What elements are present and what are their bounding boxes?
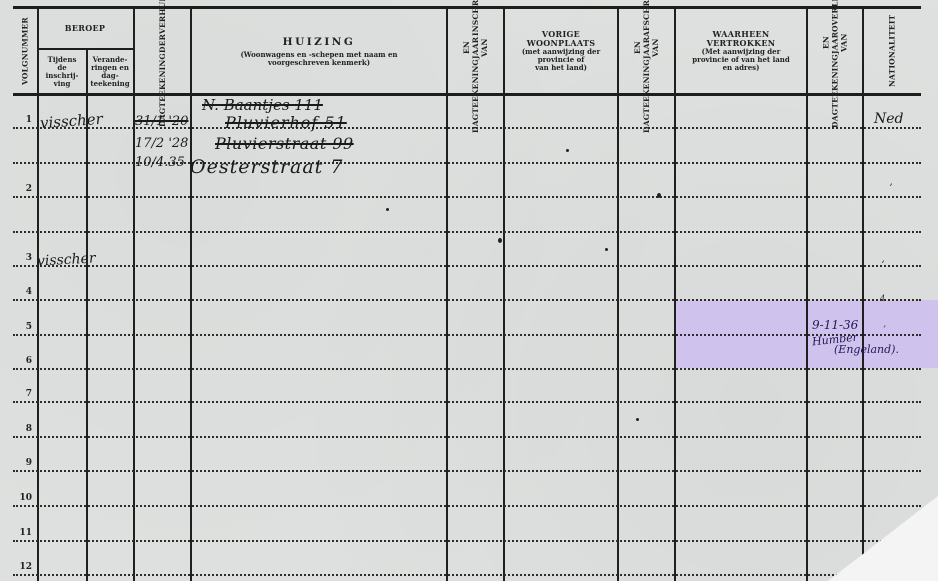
ink-speck [566, 149, 569, 152]
entry-row3-beroep: visscher [37, 250, 96, 269]
row-line [13, 401, 921, 403]
entry-row5-overlijden-date: 9-11-36 [812, 318, 858, 332]
stray-mark: ʼ [889, 183, 892, 194]
header-beroep-tijdens: Tijdens de inschrij- ving [38, 50, 86, 93]
row-number: 10 [14, 493, 32, 503]
header-label: VERHUIZING [158, 0, 167, 34]
ink-speck [636, 418, 639, 421]
row-line [13, 540, 921, 542]
stray-mark: ʼ [881, 260, 884, 271]
header-label: NATIONALITEIT [888, 15, 897, 87]
row-line [13, 231, 921, 233]
header-label: EN JAAR VAN [822, 32, 849, 54]
header-label: DAGTEEKENING [831, 54, 840, 128]
row-number: 6 [14, 356, 32, 366]
header-subtitle: voorgeschreven kenmerk) [268, 59, 370, 67]
entry-row1-huizing-1: N. Baantjes 111 [202, 96, 323, 114]
header-label: INSCHRIJVING [471, 0, 480, 36]
header-subtitle: van het land) [535, 64, 587, 72]
header-huizing: HUIZING (Woonwagens en -schepen met naam… [192, 9, 446, 93]
header-beroep-veranderingen: Verande- ringen en dag- teekening [87, 50, 133, 93]
row-line [13, 470, 921, 472]
header-label: EN JAAR VAN [633, 37, 660, 59]
header-label: DER [158, 34, 167, 53]
header-label: OVERLIJDEN [831, 0, 840, 32]
header-dagteekening-afschrijving: DAGTEEKENING EN JAAR VAN AFSCHRIJVING [619, 9, 674, 93]
header-label: DAGTEEKENING [471, 59, 480, 133]
row-number: 2 [14, 184, 32, 194]
stray-mark: ʼ [883, 325, 886, 334]
row-line [13, 574, 921, 576]
row-line [13, 505, 921, 507]
row-number: 5 [14, 322, 32, 332]
row-number: 8 [14, 424, 32, 434]
entry-row5-overlijden-country: (Engeland). [834, 343, 899, 356]
entry-row1-nationaliteit: Ned [874, 111, 904, 127]
header-nationaliteit: NATIONALITEIT [864, 9, 920, 93]
stray-mark: ʼ [884, 400, 887, 411]
entry-row1-huizing-4: Oesterstraat 7 [190, 156, 343, 178]
row-line [13, 334, 921, 336]
entry-row1-huizing-2: Pluvierhof 51 [225, 113, 347, 132]
entry-row1-huizing-3: Pluvierstraat 99 [215, 134, 354, 153]
ink-speck [498, 238, 502, 243]
header-dagteekening-verhuizing: DAGTEEKENING DER VERHUIZING [135, 9, 190, 93]
header-waarheen-vertrokken: WAARHEEN VERTROKKEN (Met aanwijzing der … [676, 9, 806, 93]
row-number: 3 [14, 253, 32, 263]
entry-row1-verhuizing-date-2: 17/2 '28 [135, 136, 188, 151]
header-label: BEROEP [65, 24, 105, 33]
ink-speck [657, 193, 661, 198]
row-number: 9 [14, 458, 32, 468]
row-line [13, 368, 921, 370]
row-line [13, 265, 921, 267]
header-title: HUIZING [283, 35, 356, 49]
entry-row1-verhuizing-date-3: 10/4.35 [135, 155, 185, 170]
row-line [13, 196, 921, 198]
header-dagteekening-inschrijving: DAGTEEKENING EN JAAR VAN INSCHRIJVING [448, 9, 503, 93]
row-line [13, 299, 921, 301]
row-number: 1 [14, 115, 32, 125]
header-volgnummer: VOLGNUMMER [13, 9, 37, 93]
row-number: 7 [14, 389, 32, 399]
header-label: VOLGNUMMER [21, 17, 30, 85]
header-vorige-woonplaats: VORIGE WOONPLAATS (met aanwijzing der pr… [505, 9, 617, 93]
register-sheet: VOLGNUMMER BEROEP Tijdens de inschrij- v… [0, 0, 938, 581]
ink-speck [386, 208, 389, 211]
header-dagteekening-overlijden: DAGTEEKENING EN JAAR VAN OVERLIJDEN [808, 9, 862, 93]
page-corner [828, 496, 938, 581]
header-label: DAGTEEKENING [642, 59, 651, 133]
row-number: 11 [14, 528, 32, 538]
header-label: ving [54, 80, 71, 88]
row-number: 12 [14, 562, 32, 572]
stray-mark: 4 [880, 294, 885, 303]
entry-row1-verhuizing-date-1: 31/1 '20 [135, 114, 188, 129]
header-label: AFSCHRIJVING [642, 0, 651, 37]
ink-speck [605, 248, 608, 251]
row-number: 4 [14, 287, 32, 297]
header-subtitle: en adres) [723, 64, 760, 72]
header-beroep: BEROEP [37, 9, 133, 48]
header-bottom-border [13, 93, 921, 96]
row-line [13, 436, 921, 438]
header-label: EN JAAR VAN [462, 36, 489, 58]
header-label: teekening [90, 80, 129, 88]
